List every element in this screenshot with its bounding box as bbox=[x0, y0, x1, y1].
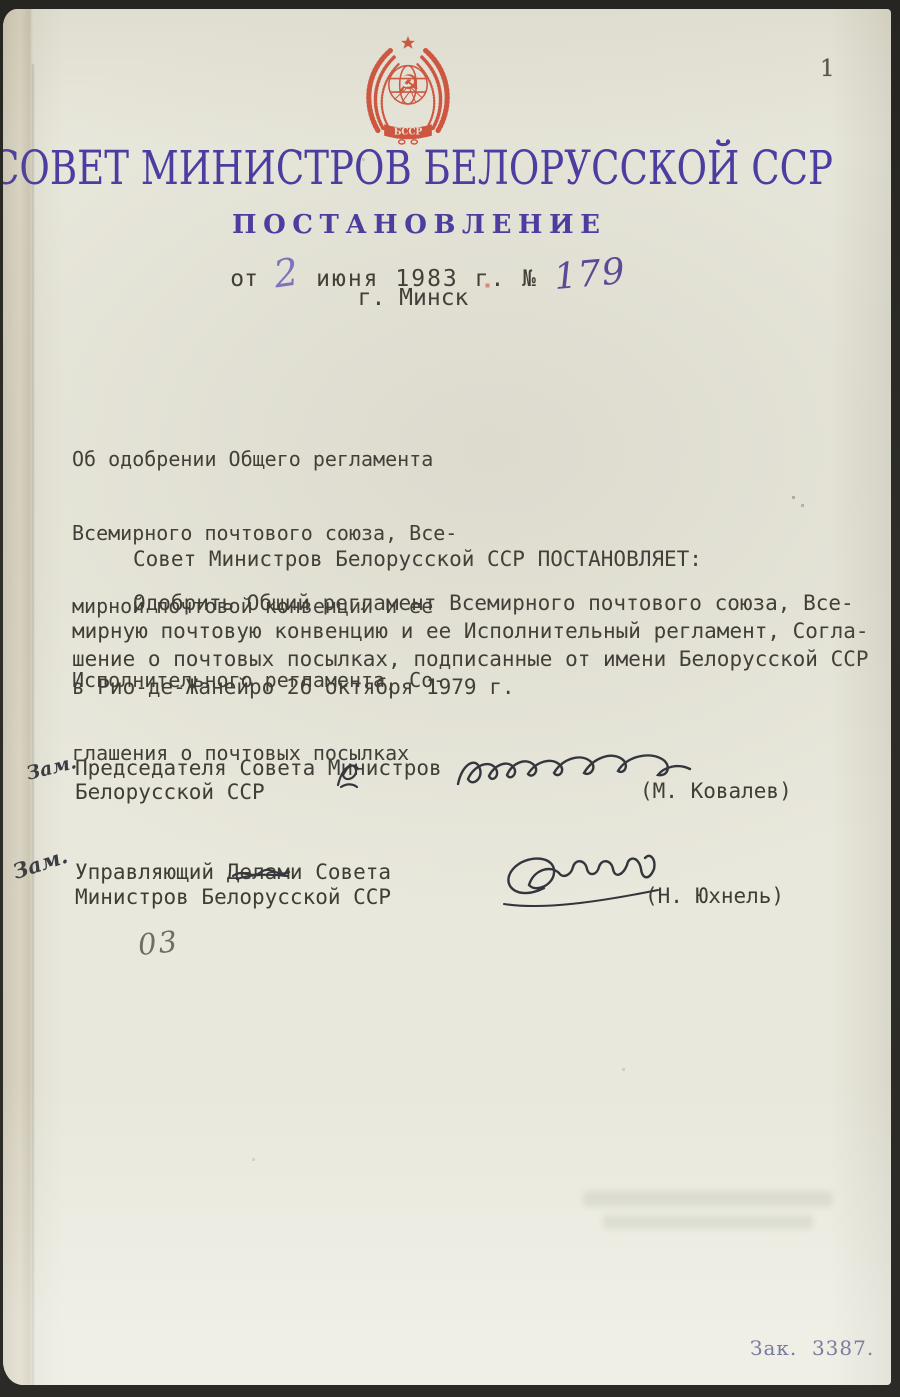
signature-title: Председателя Совета Министров bbox=[75, 756, 442, 780]
handwritten-correction bbox=[333, 757, 361, 791]
ribbon-label: БССР bbox=[394, 128, 423, 138]
wreath-left-icon bbox=[369, 51, 399, 131]
doc-type-stamp: ПОСТАНОВЛЕНИЕ bbox=[228, 205, 608, 243]
page-fold-strip bbox=[3, 9, 33, 1385]
dust-specks bbox=[3, 9, 4, 10]
signature-title: Министров Белорусской ССР bbox=[75, 885, 391, 909]
star-icon bbox=[401, 36, 415, 49]
doc-type-title: ПОСТАНОВЛЕНИЕ bbox=[232, 210, 600, 240]
signee-name: (М. Ковалев) bbox=[640, 779, 792, 803]
city-line: г. Минск bbox=[3, 285, 823, 311]
city-label: г. Минск bbox=[358, 285, 469, 311]
ink-bleedthrough bbox=[603, 1215, 813, 1229]
page-number: 1 bbox=[820, 56, 835, 82]
wreath-right-icon bbox=[417, 51, 447, 131]
handwritten-strikethrough bbox=[231, 865, 293, 883]
body-line: шение о почтовых посылках, подписанные о… bbox=[72, 647, 869, 671]
print-order-note: Зак. 3387. bbox=[750, 1336, 874, 1360]
subject-line: Всемирного почтового союза, Все- bbox=[72, 521, 457, 546]
signee-name: (Н. Юхнель) bbox=[645, 884, 784, 908]
subject-line: Об одобрении Общего регламента bbox=[72, 447, 457, 472]
scanned-document-page: ☭ БССР 1 СОВЕТ МИНИСТРОВ БЕЛОРУССКОЙ ССР… bbox=[3, 9, 891, 1385]
hammer-sickle-icon: ☭ bbox=[396, 70, 420, 101]
postanovlyaet-line: Совет Министров Белорусской ССР ПОСТАНОВ… bbox=[133, 547, 702, 571]
body-line: Одобрить Общий регламент Всемирного почт… bbox=[133, 591, 854, 615]
ink-bleedthrough bbox=[583, 1191, 833, 1207]
org-title: СОВЕТ МИНИСТРОВ БЕЛОРУССКОЙ ССР bbox=[3, 139, 833, 196]
pencil-note: 03 bbox=[136, 924, 180, 962]
body-line: мирную почтовую конвенцию и ее Исполните… bbox=[72, 619, 869, 643]
org-title-stamp: СОВЕТ МИНИСТРОВ БЕЛОРУССКОЙ ССР bbox=[3, 139, 843, 199]
body-line: в Рио-де-Жанейро 26 октября 1979 г. bbox=[72, 675, 515, 699]
bssr-emblem: ☭ БССР bbox=[356, 35, 460, 145]
signature-title: Белорусской ССР bbox=[75, 780, 265, 804]
